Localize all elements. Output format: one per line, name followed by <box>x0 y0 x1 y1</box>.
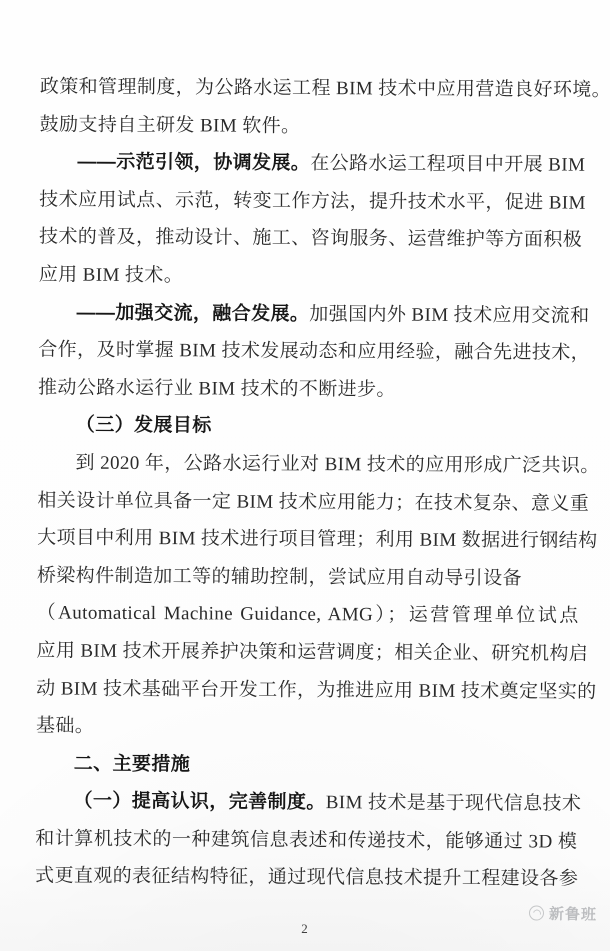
scanned-document-page: 政策和管理制度，为公路水运工程 BIM 技术中应用营造良好环境。鼓励支持自主研发… <box>0 0 610 951</box>
text-segment: 推动公路水运行业 BIM 技术的不断进步。 <box>38 377 396 400</box>
text-segment: 大项目中利用 BIM 技术进行项目管理；利用 BIM 数据进行钢结构 <box>37 527 598 551</box>
text-line: （一）提高认识，完善制度。BIM 技术是基于现代信息技术 <box>35 783 577 824</box>
text-segment: 政策和管理制度，为公路水运工程 BIM 技术中应用营造良好环境。 <box>40 76 610 100</box>
text-segment: 技术应用试点、示范，转变工作方法，提升技术水平，促进 BIM <box>39 189 586 213</box>
text-line: 大项目中利用 BIM 技术进行项目管理；利用 BIM 数据进行钢结构 <box>37 519 579 560</box>
text-segment: 和计算机技术的一种建筑信息表述和传递技术，能够通过 3D 模 <box>35 828 577 852</box>
text-line: 政策和管理制度，为公路水运工程 BIM 技术中应用营造良好环境。 <box>40 68 582 109</box>
page-number: 2 <box>0 921 610 937</box>
text-line: 基础。 <box>36 707 578 748</box>
text-line: （Automatical Machine Guidance, AMG）；运营管理… <box>37 595 579 636</box>
text-line: 到 2020 年，公路水运行业对 BIM 技术的应用形成广泛共识。 <box>37 444 579 485</box>
heading-segment: ——示范引领，协调发展。 <box>77 152 310 174</box>
text-line: 技术的普及，推动设计、施工、咨询服务、运营维护等方面积极 <box>39 219 581 260</box>
text-line: 推动公路水运行业 BIM 技术的不断进步。 <box>38 369 580 410</box>
text-line: 相关设计单位具备一定 BIM 技术应用能力；在技术复杂、意义重 <box>37 482 579 523</box>
text-line: 动 BIM 技术基础平台开发工作，为推进应用 BIM 技术奠定坚实的 <box>36 670 578 711</box>
text-segment: 相关设计单位具备一定 BIM 技术应用能力；在技术复杂、意义重 <box>37 490 589 514</box>
text-segment: 鼓励支持自主研发 BIM 软件。 <box>40 114 301 137</box>
text-line: 桥梁构件制造加工等的辅助控制，尝试应用自动导引设备 <box>37 557 579 598</box>
text-segment: 基础。 <box>36 715 94 736</box>
text-line: 技术应用试点、示范，转变工作方法，提升技术水平，促进 BIM <box>39 181 581 222</box>
text-segment: 式更直观的表征结构特征，通过现代信息技术提升工程建设各参 <box>35 866 578 890</box>
text-line: ——加强交流，融合发展。加强国内外 BIM 技术应用交流和 <box>38 294 580 335</box>
text-segment: 应用 BIM 技术。 <box>39 264 184 286</box>
text-segment: （Automatical Machine Guidance, AMG）；运营管理… <box>37 603 579 627</box>
heading-segment: （一）提高认识，完善制度。 <box>73 791 325 814</box>
text-segment: 合作，及时掌握 BIM 技术发展动态和应用经验，融合先进技术， <box>38 339 590 363</box>
heading-segment: ——加强交流，融合发展。 <box>76 302 309 324</box>
text-segment: BIM 技术是基于现代信息技术 <box>326 792 582 815</box>
text-line: 式更直观的表征结构特征，通过现代信息技术提升工程建设各参 <box>35 858 577 899</box>
text-segment: 在公路水运工程项目中开展 BIM <box>310 153 585 176</box>
text-segment: 到 2020 年，公路水运行业对 BIM 技术的应用形成广泛共识。 <box>76 453 600 477</box>
text-line: 鼓励支持自主研发 BIM 软件。 <box>40 106 582 147</box>
xinluban-logo-icon <box>529 905 544 920</box>
text-line: 应用 BIM 技术开展养护决策和运营调度；相关企业、研究机构启 <box>36 632 578 673</box>
text-line: ——示范引领，协调发展。在公路水运工程项目中开展 BIM <box>39 144 581 185</box>
heading-segment: 二、主要措施 <box>74 753 191 775</box>
text-segment: 动 BIM 技术基础平台开发工作，为推进应用 BIM 技术奠定坚实的 <box>36 678 597 702</box>
text-line: 和计算机技术的一种建筑信息表述和传递技术，能够通过 3D 模 <box>35 820 577 861</box>
text-segment: 加强国内外 BIM 技术应用交流和 <box>309 304 589 327</box>
heading-segment: （三）发展目标 <box>76 415 212 437</box>
text-line: （三）发展目标 <box>38 407 580 448</box>
text-line: 应用 BIM 技术。 <box>39 256 581 297</box>
document-body: 政策和管理制度，为公路水运工程 BIM 技术中应用营造良好环境。鼓励支持自主研发… <box>35 68 582 898</box>
text-line: 二、主要措施 <box>36 745 578 786</box>
text-segment: 技术的普及，推动设计、施工、咨询服务、运营维护等方面积极 <box>39 227 582 251</box>
text-segment: 桥梁构件制造加工等的辅助控制，尝试应用自动导引设备 <box>37 565 522 589</box>
text-line: 合作，及时掌握 BIM 技术发展动态和应用经验，融合先进技术， <box>38 331 580 372</box>
text-segment: 应用 BIM 技术开展养护决策和运营调度；相关企业、研究机构启 <box>36 640 588 664</box>
